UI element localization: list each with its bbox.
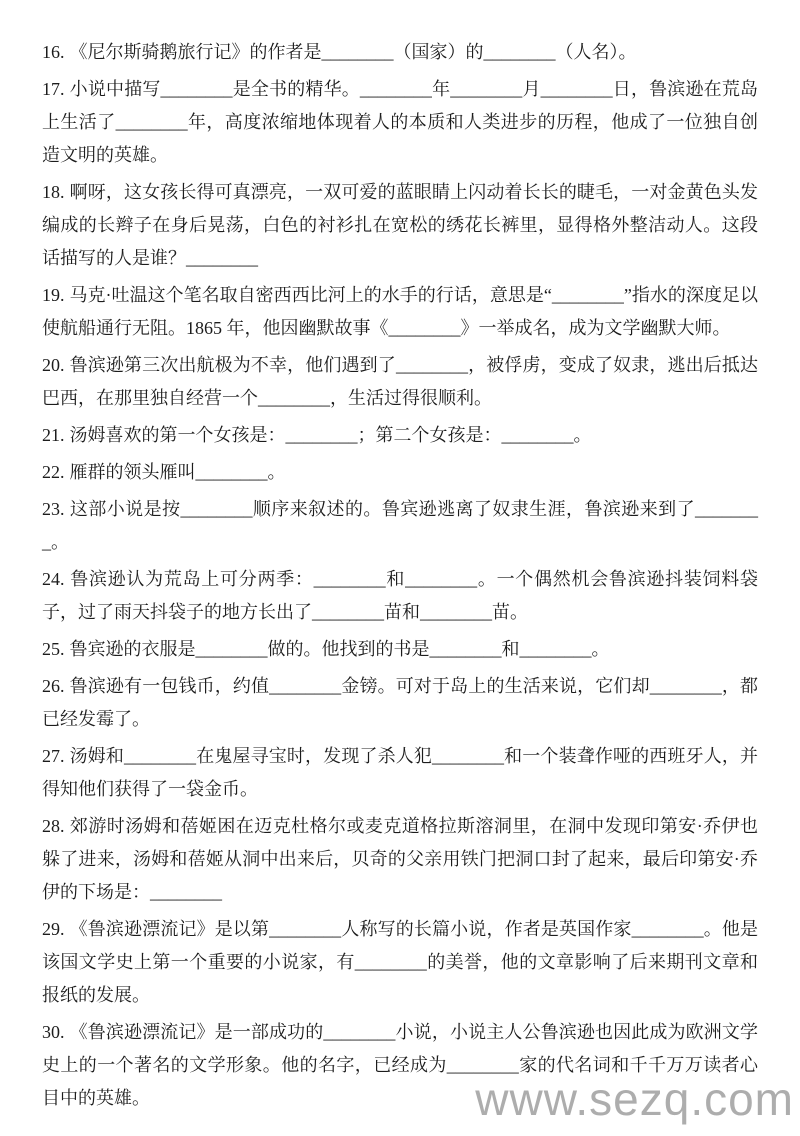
question-29: 29.《鲁滨逊漂流记》是以第________人称写的长篇小说，作者是英国作家__… [42, 913, 758, 1012]
question-16: 16.《尼尔斯骑鹅旅行记》的作者是________（国家）的________（人… [42, 36, 758, 69]
question-number: 22. [42, 462, 70, 482]
question-text: 鲁滨逊认为荒岛上可分两季：________和________。一个偶然机会鲁滨逊… [42, 569, 758, 622]
question-text: 郊游时汤姆和蓓姬困在迈克杜格尔或麦克道格拉斯溶洞里，在洞中发现印第安·乔伊也躲了… [42, 816, 758, 902]
question-text: 《鲁滨逊漂流记》是以第________人称写的长篇小说，作者是英国作家_____… [42, 919, 758, 1005]
question-27: 27.汤姆和________在鬼屋寻宝时，发现了杀人犯________和一个装聋… [42, 740, 758, 806]
question-number: 18. [42, 182, 70, 202]
question-number: 28. [42, 816, 70, 836]
question-22: 22.雁群的领头雁叫________。 [42, 456, 758, 489]
question-30: 30.《鲁滨逊漂流记》是一部成功的________小说，小说主人公鲁滨逊也因此成… [42, 1016, 758, 1115]
question-number: 29. [42, 919, 70, 939]
question-text: 汤姆和________在鬼屋寻宝时，发现了杀人犯________和一个装聋作哑的… [42, 746, 758, 799]
question-text: 鲁滨逊有一包钱币，约值________金镑。可对于岛上的生活来说，它们却____… [42, 676, 758, 729]
question-17: 17.小说中描写________是全书的精华。________年________… [42, 73, 758, 172]
question-number: 16. [42, 42, 70, 62]
question-number: 26. [42, 676, 70, 696]
question-text: 雁群的领头雁叫________。 [70, 462, 286, 482]
question-26: 26.鲁滨逊有一包钱币，约值________金镑。可对于岛上的生活来说，它们却_… [42, 670, 758, 736]
question-text: 《鲁滨逊漂流记》是一部成功的________小说，小说主人公鲁滨逊也因此成为欧洲… [42, 1022, 758, 1108]
question-number: 25. [42, 639, 70, 659]
question-text: 这部小说是按________顺序来叙述的。鲁宾逊逃离了奴隶生涯，鲁滨逊来到了__… [42, 499, 758, 552]
question-text: 鲁滨逊第三次出航极为不幸，他们遇到了________，被俘虏，变成了奴隶，逃出后… [42, 355, 758, 408]
question-18: 18.啊呀，这女孩长得可真漂亮，一双可爱的蓝眼睛上闪动着长长的睫毛，一对金黄色头… [42, 176, 758, 275]
question-number: 21. [42, 425, 70, 445]
question-number: 24. [42, 569, 70, 589]
question-23: 23.这部小说是按________顺序来叙述的。鲁宾逊逃离了奴隶生涯，鲁滨逊来到… [42, 493, 758, 559]
question-21: 21.汤姆喜欢的第一个女孩是：________；第二个女孩是：________。 [42, 419, 758, 452]
question-text: 汤姆喜欢的第一个女孩是：________；第二个女孩是：________。 [70, 425, 592, 445]
question-text: 马克·吐温这个笔名取自密西西比河上的水手的行话，意思是“________”指水的… [42, 285, 758, 338]
question-25: 25.鲁宾逊的衣服是________做的。他找到的书是________和____… [42, 633, 758, 666]
question-number: 27. [42, 746, 70, 766]
question-20: 20.鲁滨逊第三次出航极为不幸，他们遇到了________，被俘虏，变成了奴隶，… [42, 349, 758, 415]
question-19: 19.马克·吐温这个笔名取自密西西比河上的水手的行话，意思是“________”… [42, 279, 758, 345]
question-text: 啊呀，这女孩长得可真漂亮，一双可爱的蓝眼睛上闪动着长长的睫毛，一对金黄色头发编成… [42, 182, 758, 268]
question-number: 30. [42, 1022, 70, 1042]
question-number: 17. [42, 79, 70, 99]
question-number: 20. [42, 355, 70, 375]
question-text: 《尼尔斯骑鹅旅行记》的作者是________（国家）的________（人名）。 [70, 42, 637, 62]
question-text: 小说中描写________是全书的精华。________年________月__… [42, 79, 758, 165]
question-24: 24.鲁滨逊认为荒岛上可分两季：________和________。一个偶然机会… [42, 563, 758, 629]
question-number: 19. [42, 285, 70, 305]
question-text: 鲁宾逊的衣服是________做的。他找到的书是________和_______… [70, 639, 610, 659]
question-28: 28.郊游时汤姆和蓓姬困在迈克杜格尔或麦克道格拉斯溶洞里，在洞中发现印第安·乔伊… [42, 810, 758, 909]
question-number: 23. [42, 499, 70, 519]
worksheet-page: 16.《尼尔斯骑鹅旅行记》的作者是________（国家）的________（人… [0, 0, 800, 1136]
